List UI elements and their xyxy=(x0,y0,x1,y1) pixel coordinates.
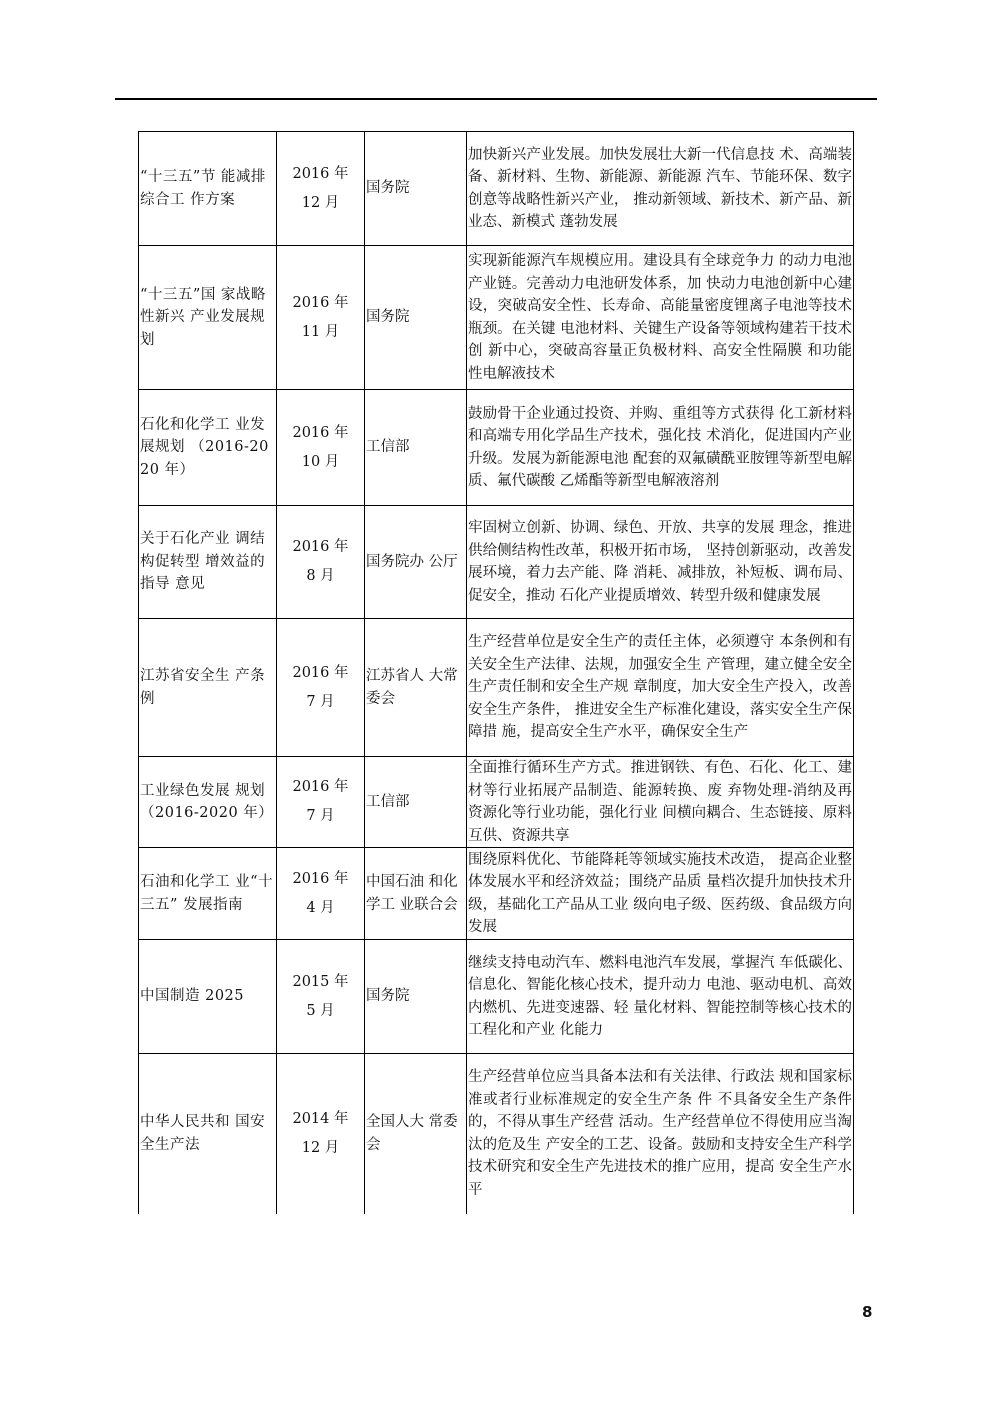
policy-content: 鼓励骨干企业通过投资、并购、重组等方式获得 化工新材料和高端专用化学品生产技术，… xyxy=(468,406,852,490)
policy-name: “十三五”国 家战略性新兴 产业发展规划 xyxy=(140,287,266,348)
policy-content: 全面推行循环生产方式。推进钢铁、有色、石化、化工、建材等行业拓展产品制造、能源转… xyxy=(468,760,852,844)
content-cell: 牢固树立创新、协调、绿色、开放、共享的发展 理念，推进供给侧结构性改革，积极开拓… xyxy=(467,506,854,619)
policy-content: 生产经营单位应当具备本法和有关法律、行政法 规和国家标准或者行业标准规定的安全生… xyxy=(468,1069,852,1198)
policy-content: 继续支持电动汽车、燃料电池汽车发展，掌握汽 车低碳化、信息化、智能化核心技术，提… xyxy=(468,955,852,1039)
issuer: 国务院办 公厅 xyxy=(366,554,458,570)
policy-name: 工业绿色发展 规划 （2016-2020 年） xyxy=(140,783,273,822)
content-cell: 全面推行循环生产方式。推进钢铁、有色、石化、化工、建材等行业拓展产品制造、能源转… xyxy=(467,757,854,848)
issuer: 全国人大 常委会 xyxy=(366,1114,458,1153)
table-row: 关于石化产业 调结构促转型 增效益的指导 意见2016 年8 月国务院办 公厅牢… xyxy=(139,506,854,619)
date-month: 12 月 xyxy=(278,189,363,218)
policy-table: “十三五”节 能减排综合工 作方案2016 年12 月国务院加快新兴产业发展。加… xyxy=(138,131,854,1214)
policy-name: 中华人民共和 国安全生产法 xyxy=(140,1114,265,1153)
date-cell: 2015 年5 月 xyxy=(277,940,365,1054)
issuer-cell: 工信部 xyxy=(365,757,467,848)
content-cell: 生产经营单位应当具备本法和有关法律、行政法 规和国家标准或者行业标准规定的安全生… xyxy=(467,1054,854,1214)
table-row: “十三五”节 能减排综合工 作方案2016 年12 月国务院加快新兴产业发展。加… xyxy=(139,132,854,246)
issuer: 国务院 xyxy=(366,988,410,1004)
policy-name: 关于石化产业 调结构促转型 增效益的指导 意见 xyxy=(140,531,265,592)
content-cell: 继续支持电动汽车、燃料电池汽车发展，掌握汽 车低碳化、信息化、智能化核心技术，提… xyxy=(467,940,854,1054)
policy-name: 江苏省安全生 产条例 xyxy=(140,668,265,707)
table-row: “十三五”国 家战略性新兴 产业发展规划2016 年11 月国务院实现新能源汽车… xyxy=(139,246,854,390)
date-year: 2016 年 xyxy=(278,865,363,894)
page-number: 8 xyxy=(862,1303,872,1321)
table-row: 江苏省安全生 产条例2016 年7 月江苏省人 大常委会生产经营单位是安全生产的… xyxy=(139,619,854,757)
date-month: 8 月 xyxy=(278,562,363,591)
content-cell: 生产经营单位是安全生产的责任主体，必须遵守 本条例和有关安全生产法律、法规，加强… xyxy=(467,619,854,757)
date-year: 2016 年 xyxy=(278,773,363,802)
table-row: 石化和化学工 业发展规划 （2016-2020 年）2016 年10 月工信部鼓… xyxy=(139,390,854,506)
issuer: 国务院 xyxy=(366,180,410,196)
policy-name-cell: 中华人民共和 国安全生产法 xyxy=(139,1054,277,1214)
issuer: 国务院 xyxy=(366,309,410,325)
policy-name: 石化和化学工 业发展规划 （2016-2020 年） xyxy=(140,417,269,478)
table-row: 中国制造 20252015 年5 月国务院继续支持电动汽车、燃料电池汽车发展，掌… xyxy=(139,940,854,1054)
date-cell: 2016 年7 月 xyxy=(277,619,365,757)
policy-name: 中国制造 2025 xyxy=(140,988,244,1004)
issuer-cell: 工信部 xyxy=(365,390,467,506)
policy-table-body: “十三五”节 能减排综合工 作方案2016 年12 月国务院加快新兴产业发展。加… xyxy=(139,132,854,1214)
policy-name-cell: “十三五”国 家战略性新兴 产业发展规划 xyxy=(139,246,277,390)
policy-content: 生产经营单位是安全生产的责任主体，必须遵守 本条例和有关安全生产法律、法规，加强… xyxy=(468,634,852,740)
header-rule xyxy=(115,98,877,100)
table-row: 石油和化学工 业“十三五” 发展指南2016 年4 月中国石油 和化学工 业联合… xyxy=(139,848,854,940)
content-cell: 鼓励骨干企业通过投资、并购、重组等方式获得 化工新材料和高端专用化学品生产技术，… xyxy=(467,390,854,506)
content-cell: 加快新兴产业发展。加快发展壮大新一代信息技 术、高端装备、新材料、生物、新能源、… xyxy=(467,132,854,246)
date-month: 11 月 xyxy=(278,318,363,347)
table-row: 中华人民共和 国安全生产法2014 年12 月全国人大 常委会生产经营单位应当具… xyxy=(139,1054,854,1214)
date-cell: 2016 年10 月 xyxy=(277,390,365,506)
issuer-cell: 国务院办 公厅 xyxy=(365,506,467,619)
policy-name: 石油和化学工 业“十三五” 发展指南 xyxy=(140,874,273,913)
policy-name-cell: 石化和化学工 业发展规划 （2016-2020 年） xyxy=(139,390,277,506)
date-cell: 2016 年8 月 xyxy=(277,506,365,619)
policy-content: 围绕原料优化、节能降耗等领域实施技术改造， 提高企业整体发展水平和经济效益；围绕… xyxy=(468,852,852,936)
issuer-cell: 中国石油 和化学工 业联合会 xyxy=(365,848,467,940)
issuer-cell: 全国人大 常委会 xyxy=(365,1054,467,1214)
date-year: 2016 年 xyxy=(278,160,363,189)
date-cell: 2016 年12 月 xyxy=(277,132,365,246)
date-month: 7 月 xyxy=(278,688,363,717)
policy-name-cell: “十三五”节 能减排综合工 作方案 xyxy=(139,132,277,246)
date-year: 2016 年 xyxy=(278,289,363,318)
date-month: 12 月 xyxy=(278,1134,363,1163)
date-cell: 2016 年11 月 xyxy=(277,246,365,390)
issuer-cell: 国务院 xyxy=(365,132,467,246)
issuer: 中国石油 和化学工 业联合会 xyxy=(366,874,458,913)
policy-name-cell: 关于石化产业 调结构促转型 增效益的指导 意见 xyxy=(139,506,277,619)
date-year: 2015 年 xyxy=(278,968,363,997)
issuer-cell: 江苏省人 大常委会 xyxy=(365,619,467,757)
issuer: 江苏省人 大常委会 xyxy=(366,668,458,707)
issuer: 工信部 xyxy=(366,439,410,455)
date-year: 2016 年 xyxy=(278,533,363,562)
date-month: 5 月 xyxy=(278,997,363,1026)
date-cell: 2016 年4 月 xyxy=(277,848,365,940)
table-row: 工业绿色发展 规划 （2016-2020 年）2016 年7 月工信部全面推行循… xyxy=(139,757,854,848)
policy-name-cell: 江苏省安全生 产条例 xyxy=(139,619,277,757)
policy-name-cell: 中国制造 2025 xyxy=(139,940,277,1054)
date-month: 4 月 xyxy=(278,894,363,923)
date-year: 2014 年 xyxy=(278,1105,363,1134)
issuer: 工信部 xyxy=(366,794,410,810)
issuer-cell: 国务院 xyxy=(365,940,467,1054)
date-cell: 2016 年7 月 xyxy=(277,757,365,848)
policy-name: “十三五”节 能减排综合工 作方案 xyxy=(140,169,266,208)
content-cell: 围绕原料优化、节能降耗等领域实施技术改造， 提高企业整体发展水平和经济效益；围绕… xyxy=(467,848,854,940)
date-cell: 2014 年12 月 xyxy=(277,1054,365,1214)
policy-name-cell: 石油和化学工 业“十三五” 发展指南 xyxy=(139,848,277,940)
policy-content: 加快新兴产业发展。加快发展壮大新一代信息技 术、高端装备、新材料、生物、新能源、… xyxy=(468,147,852,231)
date-year: 2016 年 xyxy=(278,419,363,448)
date-month: 10 月 xyxy=(278,448,363,477)
content-cell: 实现新能源汽车规模应用。建设具有全球竞争力 的动力电池产业链。完善动力电池研发体… xyxy=(467,246,854,390)
policy-name-cell: 工业绿色发展 规划 （2016-2020 年） xyxy=(139,757,277,848)
date-month: 7 月 xyxy=(278,802,363,831)
issuer-cell: 国务院 xyxy=(365,246,467,390)
date-year: 2016 年 xyxy=(278,659,363,688)
policy-content: 实现新能源汽车规模应用。建设具有全球竞争力 的动力电池产业链。完善动力电池研发体… xyxy=(468,253,852,382)
policy-content: 牢固树立创新、协调、绿色、开放、共享的发展 理念，推进供给侧结构性改革，积极开拓… xyxy=(468,520,852,604)
